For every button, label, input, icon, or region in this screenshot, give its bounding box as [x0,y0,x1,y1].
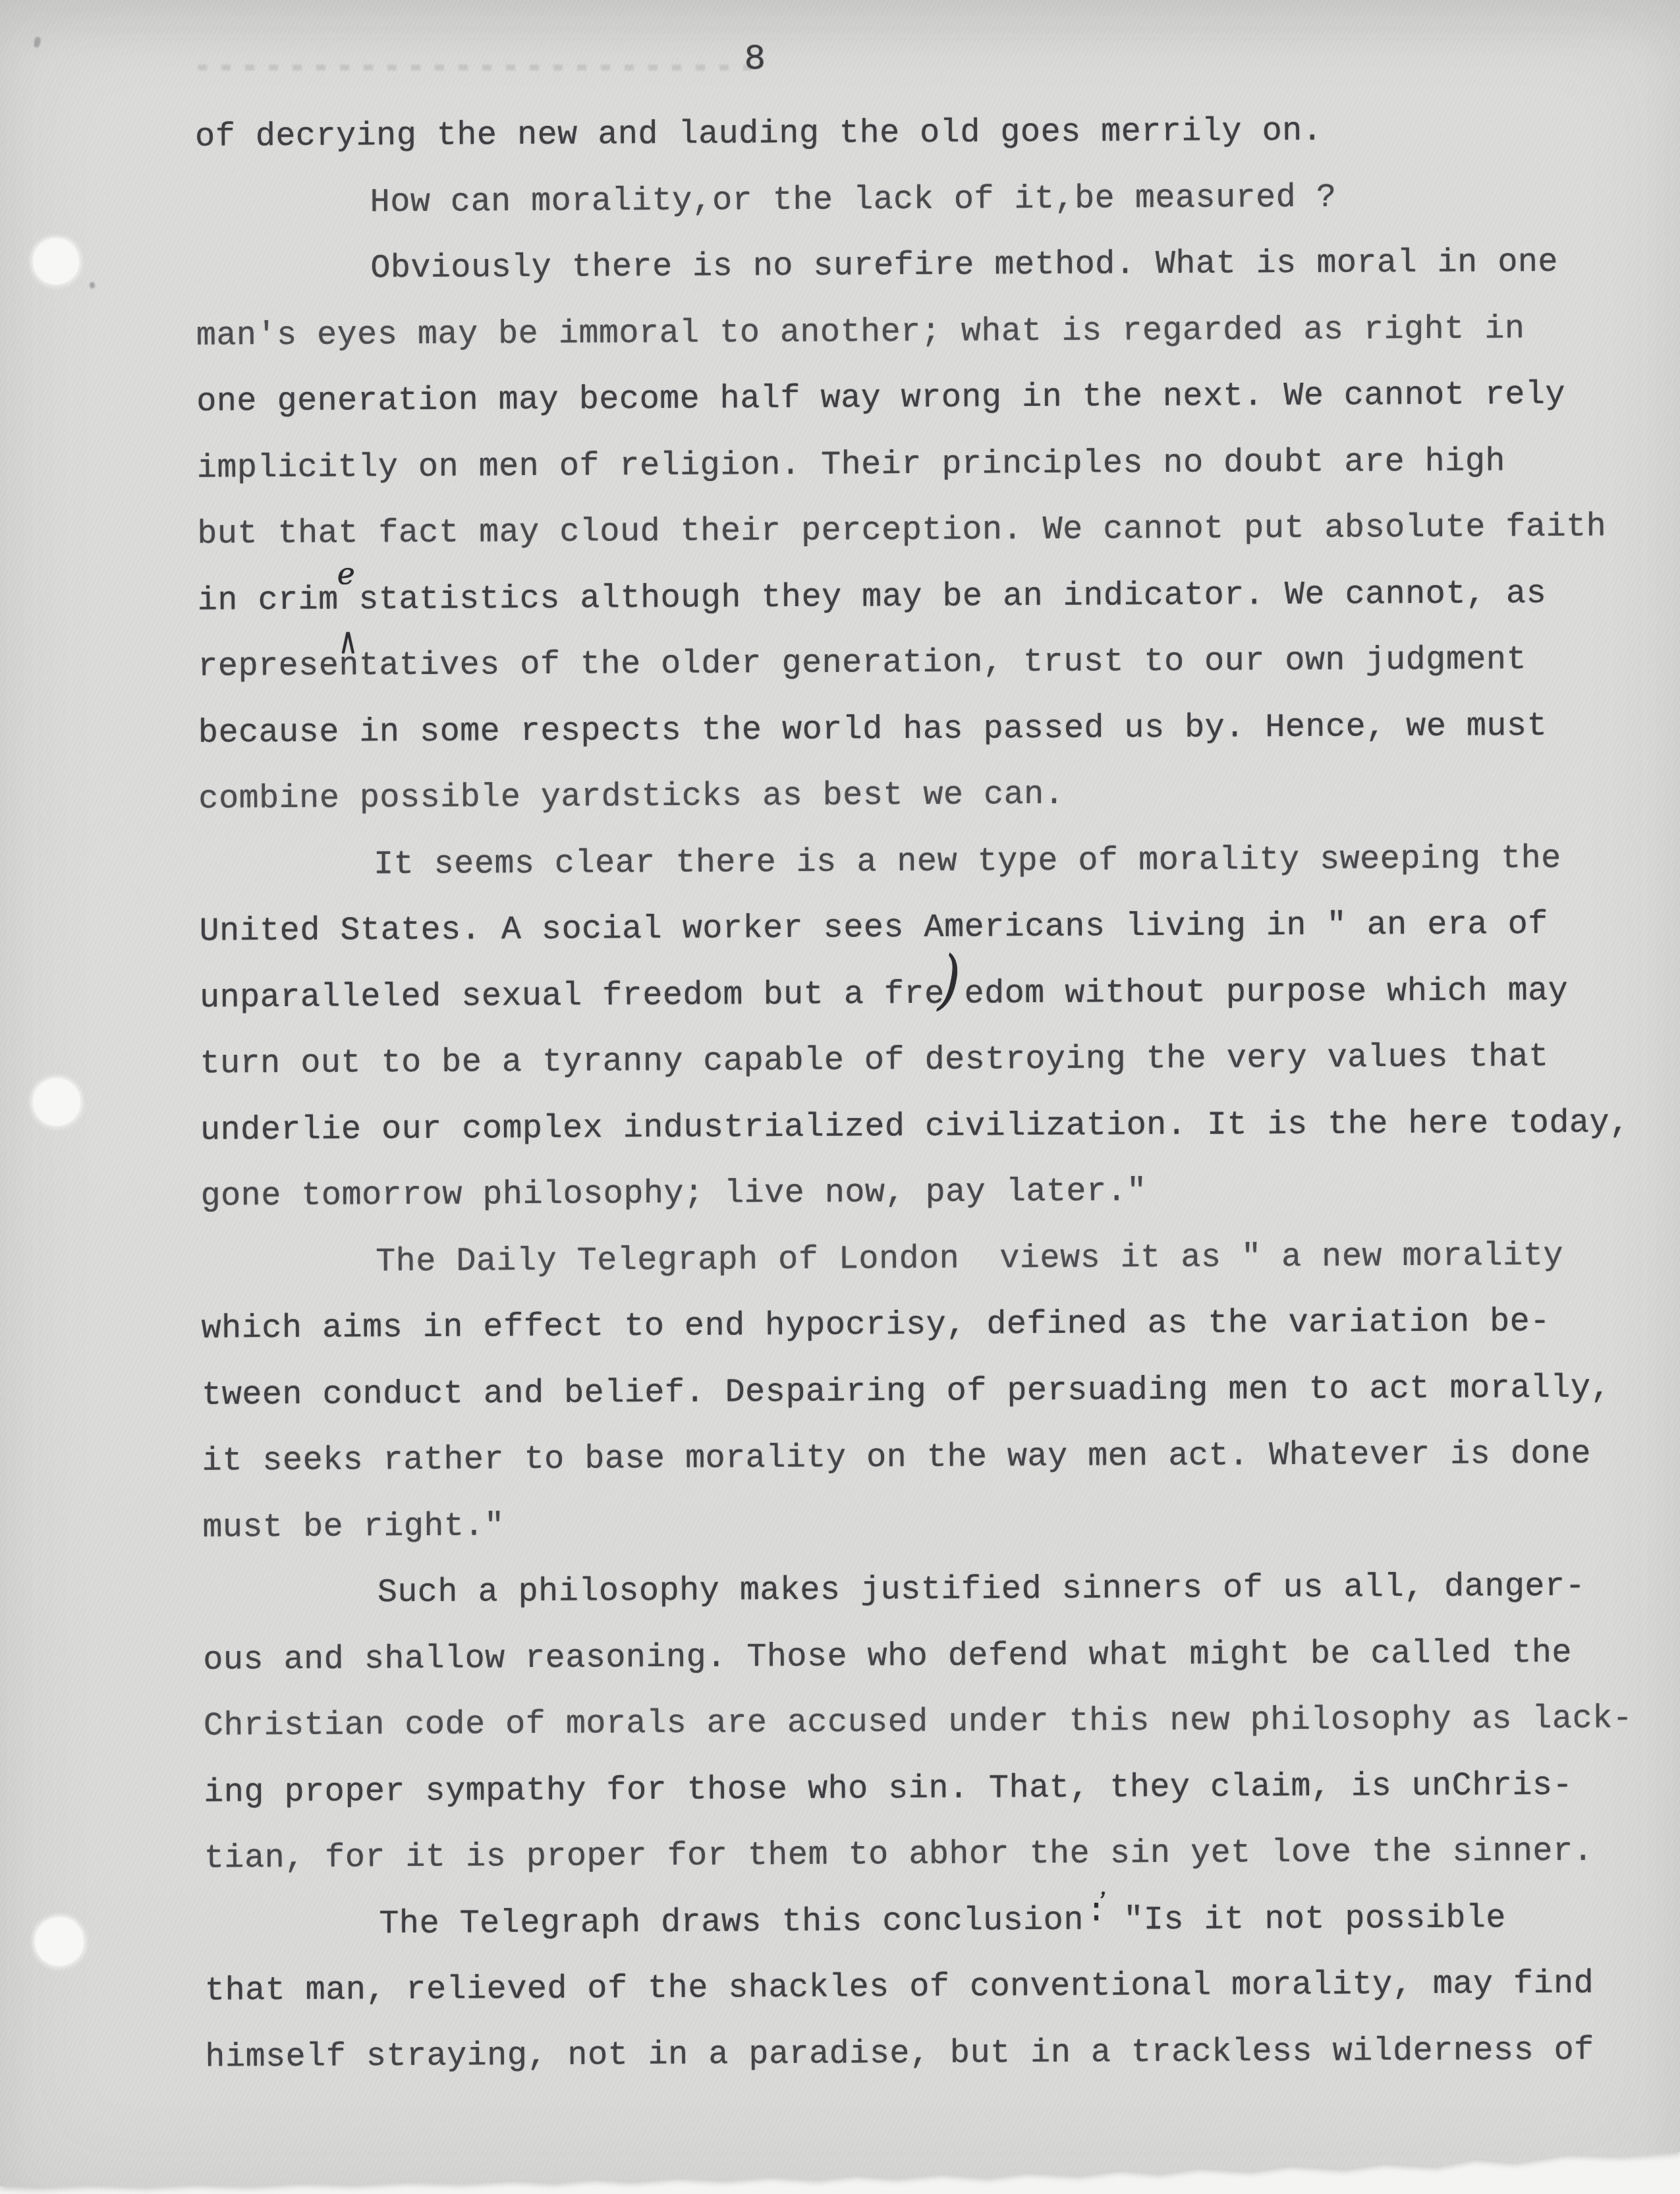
typed-line: How can morality,or the lack of it,be me… [196,163,1621,237]
typed-text: representatives of the older generation,… [198,641,1526,686]
handwritten-close-up-mark: ) [944,969,964,1002]
hole-punch [33,239,79,285]
typed-line: Christian code of morals are accused und… [204,1686,1629,1760]
typed-text: tween conduct and belief. Despairing of … [202,1369,1611,1414]
typed-text: of decrying the new and lauding the old … [195,113,1322,156]
typed-line: The Daily Telegraph of London views it a… [201,1223,1627,1297]
typed-line: in crime∧ statistics although they may b… [198,561,1623,634]
typed-line: Such a philosophy makes justified sinner… [203,1554,1629,1627]
typed-text: "Is it not possible [1104,1899,1506,1939]
typed-text: himself straying, not in a paradise, but… [205,2031,1594,2076]
typed-text: Such a philosophy makes justified sinner… [378,1568,1586,1612]
typed-text: gone tomorrow philosophy; live now, pay … [201,1173,1147,1216]
overstruck-colon-mark: :ʼ [1084,1896,1104,1928]
typed-text: but that fact may cloud their perception… [197,508,1606,553]
typed-line: man's eyes may be immoral to another; wh… [196,296,1622,370]
typed-text: must be right." [202,1507,505,1546]
typed-line: United States. A social worker sees Amer… [199,891,1625,965]
typed-text: The Daily Telegraph of London views it a… [376,1237,1563,1280]
typed-line: underlie our complex industrialized civi… [200,1090,1626,1164]
typed-text: ing proper sympathy for those who sin. T… [204,1766,1573,1811]
typed-line: because in some respects the world has p… [198,693,1624,767]
typed-line: The Telegraph draws this conclusion:ʼ "I… [204,1885,1630,1959]
typed-line: gone tomorrow philosophy; live now, pay … [200,1156,1626,1230]
typed-text: because in some respects the world has p… [198,707,1547,752]
typed-line: one generation may become half way wrong… [196,362,1622,436]
typed-text: man's eyes may be immoral to another; wh… [196,310,1525,355]
typed-text-block: of decrying the new and lauding the old … [195,97,1631,2091]
hole-punch [33,1079,80,1126]
typed-text: ous and shallow reasoning. Those who def… [203,1634,1572,1679]
typed-text: which aims in effect to end hypocrisy, d… [202,1303,1550,1348]
typed-line: ous and shallow reasoning. Those who def… [203,1620,1629,1694]
page-number: 8 [744,42,766,78]
typed-text: that man, relieved of the shackles of co… [205,1965,1594,2010]
typed-line: of decrying the new and lauding the old … [195,97,1621,171]
typed-text: Obviously there is no surefire method. W… [370,244,1558,287]
typed-line: must be right." [202,1488,1628,1561]
typed-line: combine possible yardsticks as best we c… [198,759,1624,833]
typed-text: tian, for it is proper for them to abhor… [204,1833,1594,1878]
typed-text: underlie our complex industrialized civi… [200,1104,1630,1149]
typed-text: The Telegraph draws this conclusion [379,1901,1084,1943]
typed-text: it seeks rather to base morality on the … [202,1436,1592,1480]
typed-text: statistics although they may be an indic… [339,575,1547,619]
typed-text: How can morality,or the lack of it,be me… [370,179,1337,221]
typed-text: edom without purpose which may [964,972,1568,1013]
typed-line: It seems clear there is a new type of mo… [199,826,1625,899]
typed-line: but that fact may cloud their perception… [197,494,1623,568]
typed-line: that man, relieved of the shackles of co… [205,1951,1631,2025]
typed-text: in crim [198,581,339,619]
dust-speck [90,282,95,289]
typed-line: himself straying, not in a paradise, but… [205,2017,1631,2091]
handwritten-letter: e [337,558,356,588]
typed-line: implicitly on men of religion. Their pri… [197,428,1623,502]
ink-smudge [198,65,758,70]
typed-line: representatives of the older generation,… [198,627,1623,700]
close-up-curve-icon: ) [937,946,962,1014]
typed-text: unparalleled sexual freedom but a fre [200,975,945,1017]
typed-text: implicitly on men of religion. Their pri… [197,443,1505,487]
typed-text: Christian code of morals are accused und… [204,1700,1633,1745]
typed-line: it seeks rather to base morality on the … [202,1421,1628,1495]
typed-line: Obviously there is no surefire method. W… [196,229,1621,303]
typed-text: one generation may become half way wrong… [196,376,1565,421]
typed-content: 8 of decrying the new and lauding the ol… [195,97,1631,2091]
typed-line: unparalleled sexual freedom but a fre)ed… [200,958,1625,1032]
scanned-page: 8 of decrying the new and lauding the ol… [0,0,1680,2194]
typed-line: which aims in effect to end hypocrisy, d… [201,1289,1627,1363]
hole-punch [35,1917,84,1966]
typed-text: combine possible yardsticks as best we c… [198,776,1064,818]
typed-line: tween conduct and belief. Despairing of … [202,1355,1627,1429]
typed-line: turn out to be a tyranny capable of dest… [200,1024,1625,1098]
typed-line: tian, for it is proper for them to abhor… [204,1818,1630,1892]
typed-text: It seems clear there is a new type of mo… [374,839,1561,883]
typed-text: United States. A social worker sees Amer… [199,906,1548,951]
typed-text: turn out to be a tyranny capable of dest… [200,1038,1548,1083]
typed-line: ing proper sympathy for those who sin. T… [204,1753,1629,1826]
